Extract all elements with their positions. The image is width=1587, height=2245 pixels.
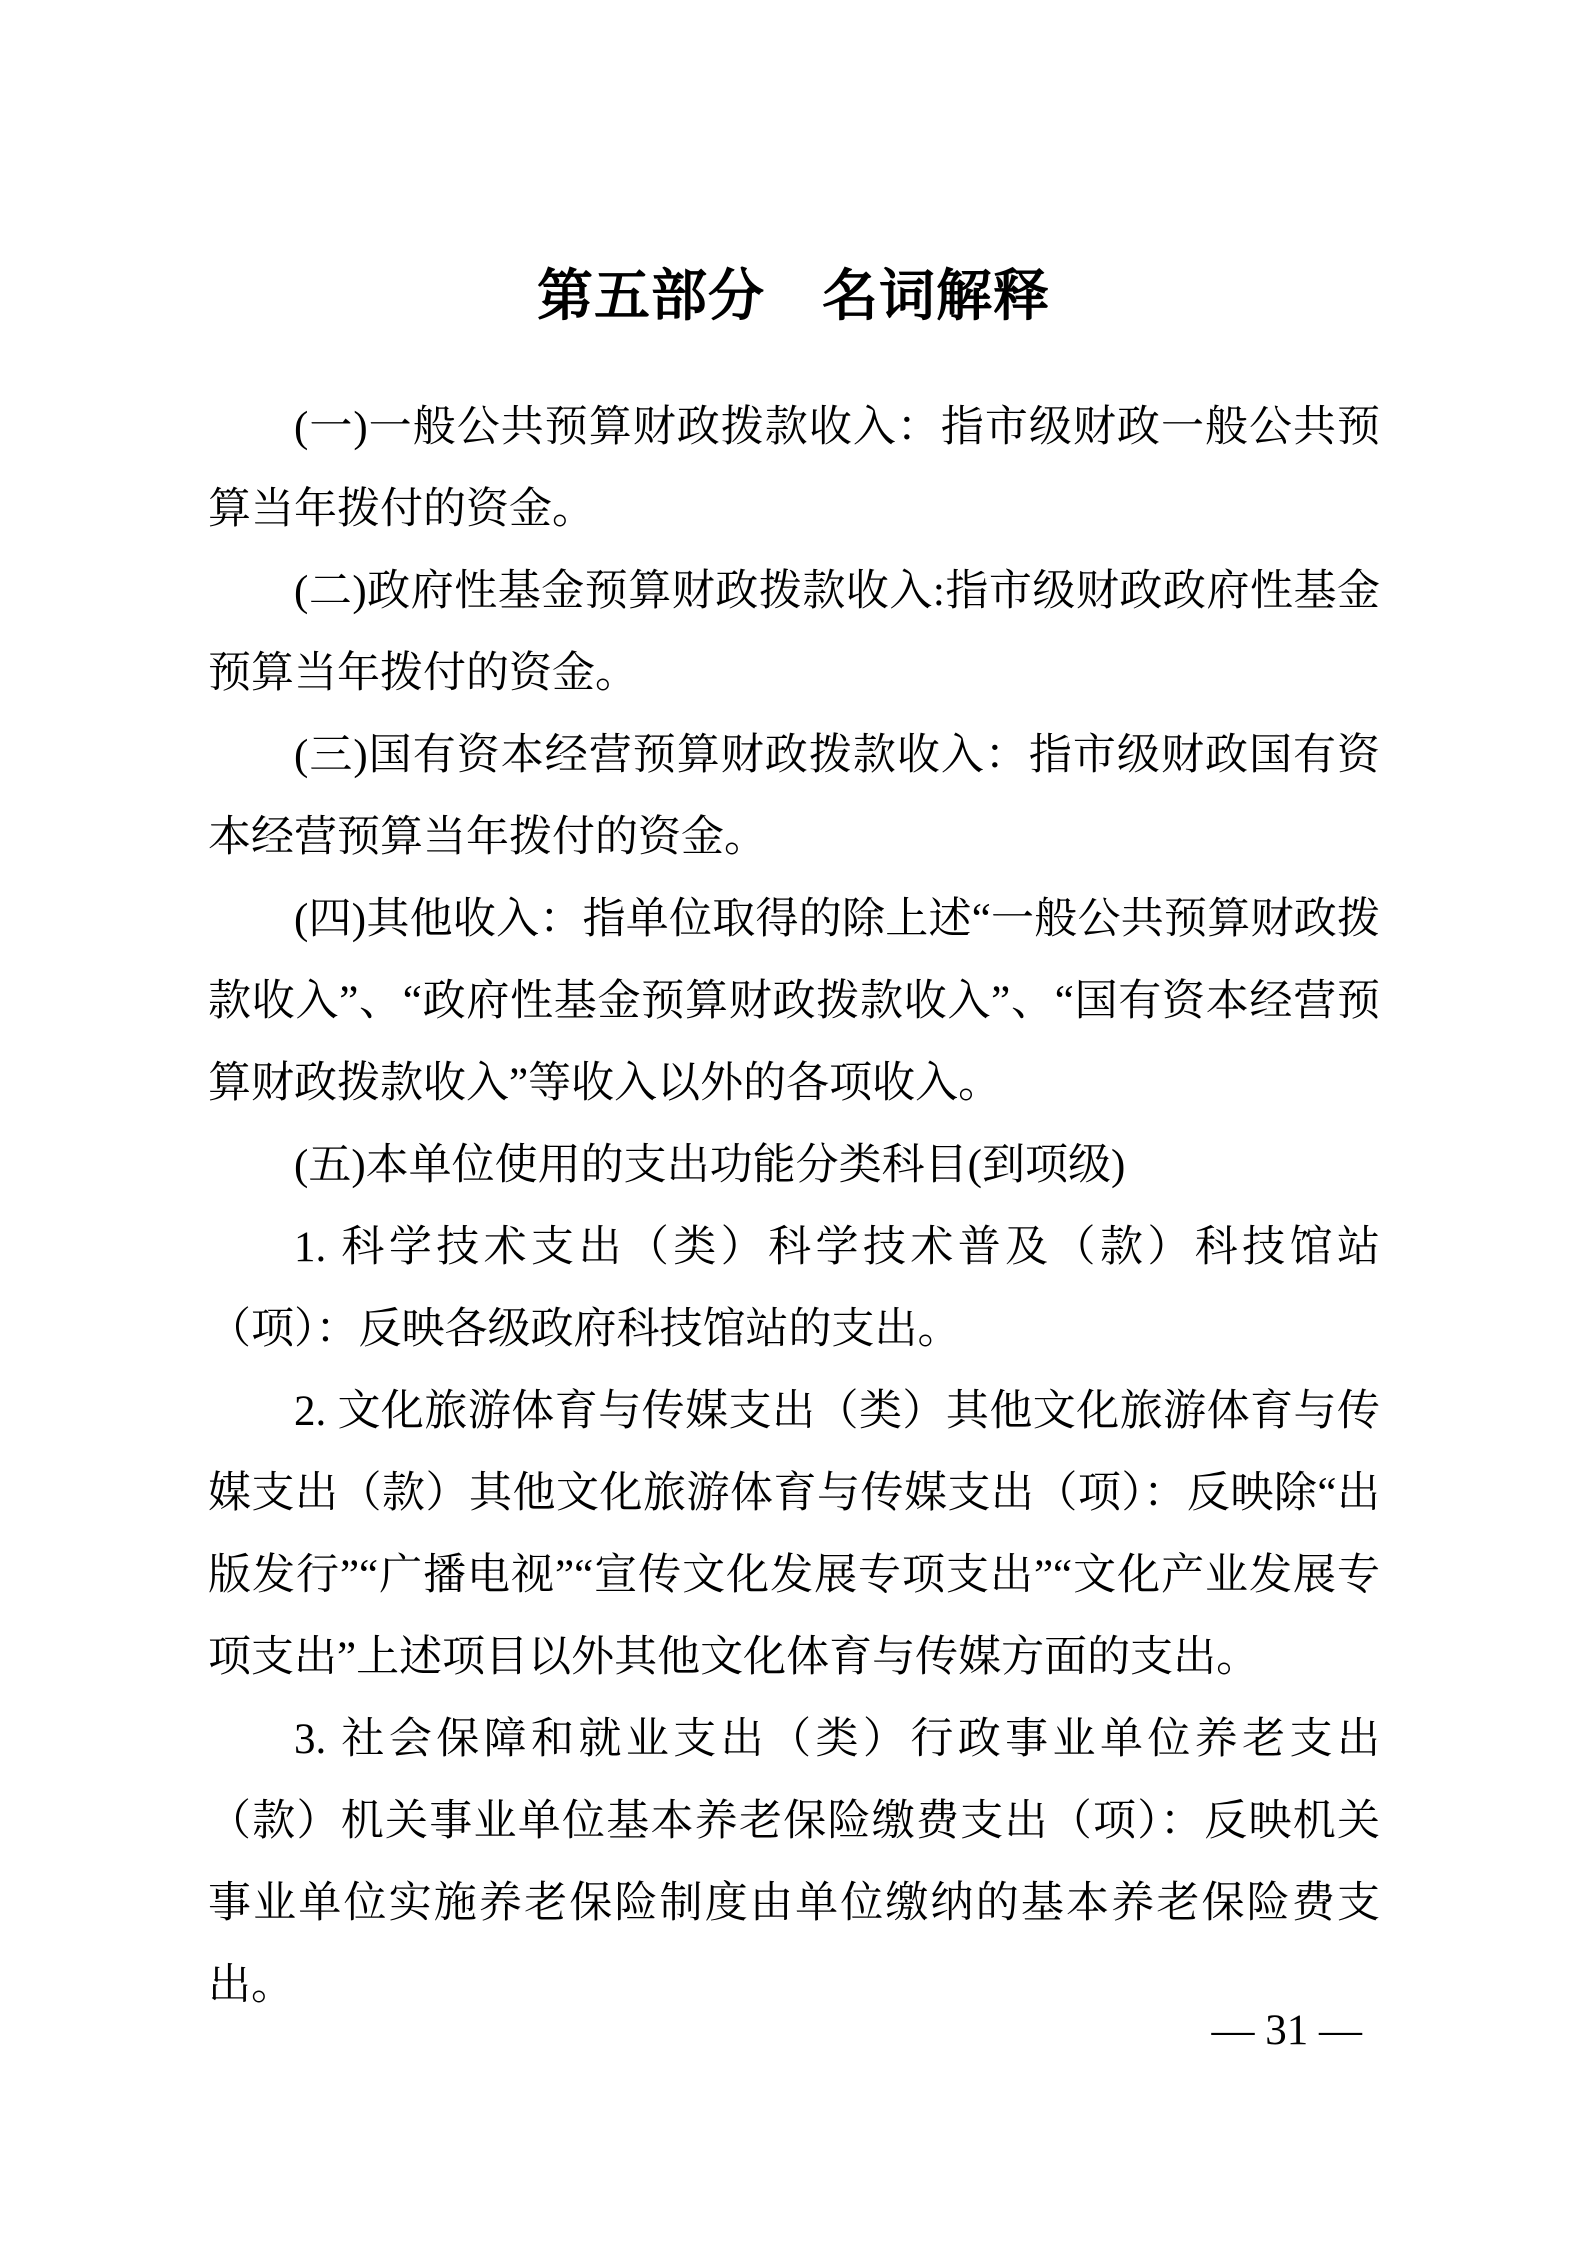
document-page: 第五部分 名词解释 (一)一般公共预算财政拨款收入：指市级财政一般公共预算当年拨… [0,0,1587,2245]
paragraph-item-7: 2. 文化旅游体育与传媒支出（类）其他文化旅游体育与传媒支出（款）其他文化旅游体… [208,1371,1380,1699]
paragraph-item-8: 3. 社会保障和就业支出（类）行政事业单位养老支出（款）机关事业单位基本养老保险… [208,1699,1380,2027]
paragraph-item-2: (二)政府性基金预算财政拨款收入:指市级财政政府性基金预算当年拨付的资金。 [208,551,1380,715]
document-body: (一)一般公共预算财政拨款收入：指市级财政一般公共预算当年拨付的资金。 (二)政… [208,387,1380,2027]
paragraph-item-1: (一)一般公共预算财政拨款收入：指市级财政一般公共预算当年拨付的资金。 [208,387,1380,551]
paragraph-item-6: 1. 科学技术支出（类）科学技术普及（款）科技馆站（项）：反映各级政府科技馆站的… [208,1207,1380,1371]
paragraph-item-4: (四)其他收入：指单位取得的除上述“一般公共预算财政拨款收入”、“政府性基金预算… [208,879,1380,1125]
page-number: — 31 — [1212,2008,1363,2054]
paragraph-item-3: (三)国有资本经营预算财政拨款收入：指市级财政国有资本经营预算当年拨付的资金。 [208,715,1380,879]
page-title: 第五部分 名词解释 [0,262,1587,330]
paragraph-item-5: (五)本单位使用的支出功能分类科目(到项级) [208,1125,1380,1207]
